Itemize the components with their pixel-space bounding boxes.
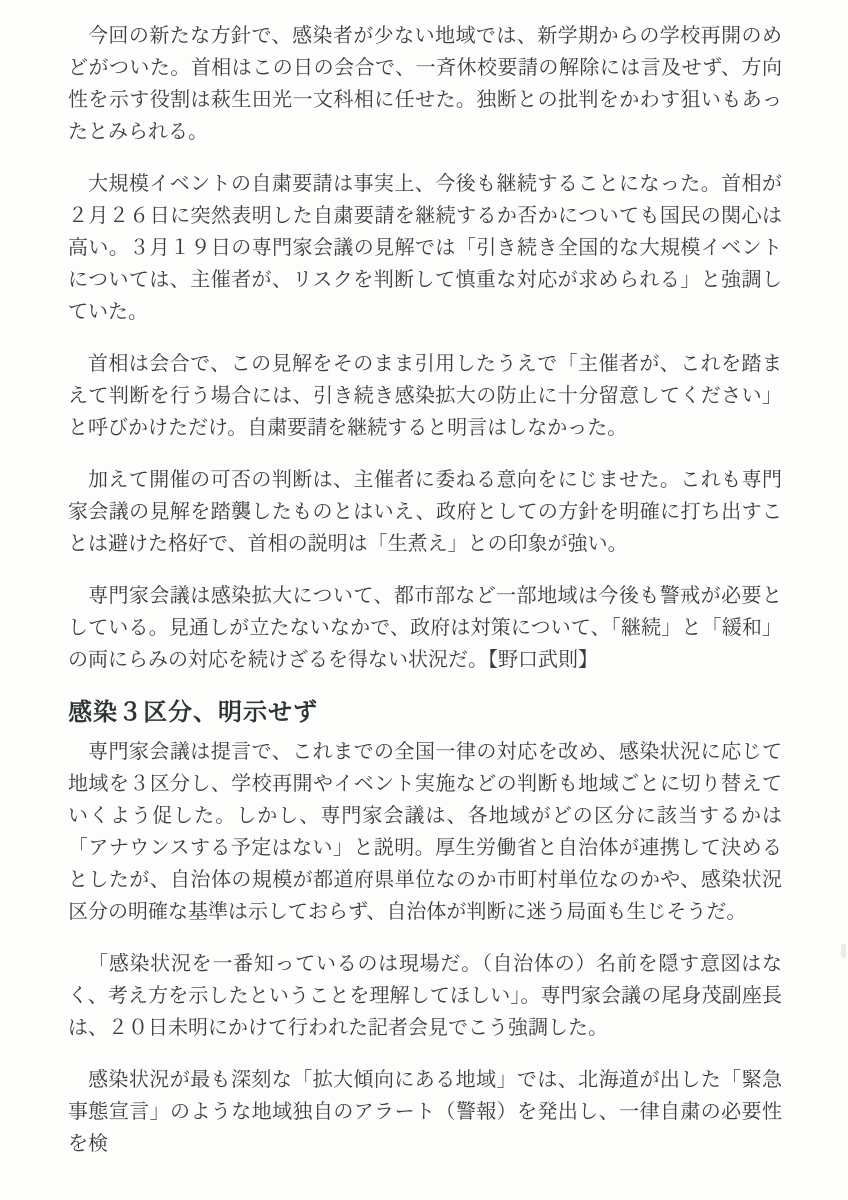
lead-paragraph-1: 今回の新たな方針で、感染者が少ない地域では、新学期からの学校再開のめどがついた。…	[68, 20, 782, 148]
section-paragraph-2: 「感染状況を一番知っているのは現場だ。（自治体の）名前を隠す意図はなく、考え方を…	[68, 948, 782, 1044]
section-paragraph-1: 専門家会議は提言で、これまでの全国一律の対応を改め、感染状況に応じて地域を３区分…	[68, 736, 782, 928]
lead-paragraph-5-with-byline: 専門家会議は感染拡大について、都市部など一部地域は今後も警戒が必要としている。見…	[68, 580, 782, 676]
lead-paragraph-2: 大規模イベントの自粛要請は事実上、今後も継続することになった。首相が２月２６日に…	[68, 168, 782, 328]
lead-paragraph-3: 首相は会合で、この見解をそのまま引用したうえで「主催者が、これを踏まえて判断を行…	[68, 348, 782, 444]
scanned-article-page: 今回の新たな方針で、感染者が少ない地域では、新学期からの学校再開のめどがついた。…	[0, 0, 848, 1200]
lead-paragraph-4: 加えて開催の可否の判断は、主催者に委ねる意向をにじませた。これも専門家会議の見解…	[68, 464, 782, 560]
section-heading: 感染３区分、明示せず	[68, 696, 782, 730]
scan-artifact	[841, 944, 846, 958]
section-paragraph-3-truncated: 感染状況が最も深刻な「拡大傾向にある地域」では、北海道が出した「緊急事態宣言」の…	[68, 1064, 782, 1160]
